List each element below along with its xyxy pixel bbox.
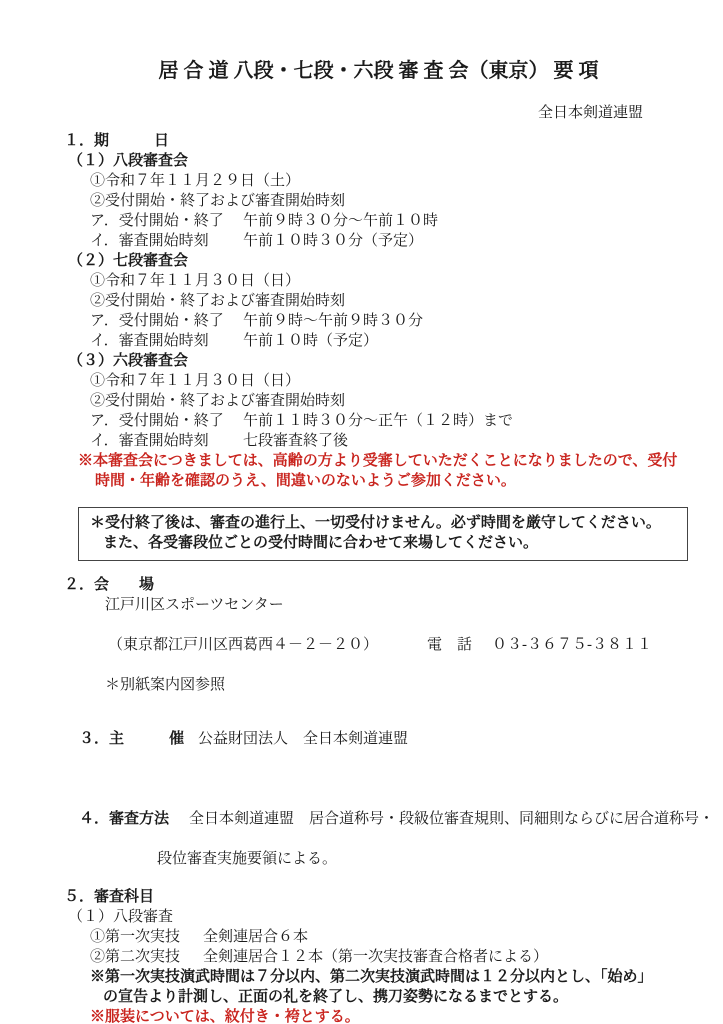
notice-box-line1: ＊受付終了後は、審査の進行上、一切受付けません。必ず時間を厳守してください。 [90,513,679,533]
section1-group2-date: ①令和７年１１月３０日（日） [90,271,693,291]
notice-box: ＊受付終了後は、審査の進行上、一切受付けません。必ず時間を厳守してください。 ま… [78,507,688,561]
section1-heading: １．期 日 [64,131,693,151]
section1-group3-subheading: ②受付開始・終了および審査開始時刻 [90,391,693,411]
row-label: ア．受付開始・終了 [90,311,243,331]
tel-number: ０３-３６７５-３８１１ [492,637,652,653]
row-value: 全剣連居合１２本（第一次実技審査合格者による） [203,947,548,967]
section2-heading: ２．会 場 [64,575,693,595]
row-label: イ．審査開始時刻 [90,331,243,351]
section1-group3-date: ①令和７年１１月３０日（日） [90,371,693,391]
section5-sub-label: （１）八段審査 [68,907,693,927]
section1-red-note-line2: 時間・年齢を確認のうえ、間違いのないようご参加ください。 [95,471,693,491]
venue-name: 江戸川区スポーツセンター [105,595,693,615]
section3-heading: ３．主 催 [79,731,184,747]
section1-group1-date: ①令和７年１１月２９日（土） [90,171,693,191]
section4-text-line1: 全日本剣道連盟 居合道称号・段級位審査規則、同細則ならびに居合道称号・ [189,811,714,827]
venue-address-row: （東京都江戸川区西葛西４－２－２０）電 話０３-３６７５-３８１１ [93,615,693,675]
section4-row: ４．審査方法全日本剣道連盟 居合道称号・段級位審査規則、同細則ならびに居合道称号… [64,789,693,849]
row-label: ア．受付開始・終了 [90,411,243,431]
section3-row: ３．主 催公益財団法人 全日本剣道連盟 [64,709,693,769]
organization-name: 全日本剣道連盟 [64,103,643,123]
section5-row1: ①第一次実技全剣連居合６本 [90,927,693,947]
section1-group2-label: （２）七段審査会 [68,251,693,271]
section5-note-line2: の宣告より計測し、正面の礼を終了し、携刀姿勢になるまでとする。 [103,987,693,1007]
row-label: ②第二次実技 [90,947,203,967]
venue-address: （東京都江戸川区西葛西４－２－２０） [108,637,378,653]
notice-box-line2: また、各受審段位ごとの受付時間に合わせて来場してください。 [103,533,679,553]
section5-note-line1: ※第一次実技演武時間は７分以内、第二次実技演武時間は１２分以内とし、「始め」 [90,967,693,987]
section4-heading: ４．審査方法 [79,811,169,827]
section4-text-line2: 段位審査実施要領による。 [157,849,693,869]
section1-group3-label: （３）六段審査会 [68,351,693,371]
section1-group2-subheading: ②受付開始・終了および審査開始時刻 [90,291,693,311]
section1-group1-label: （１）八段審査会 [68,151,693,171]
section5-red-note: ※服装については、紋付き・袴とする。 [90,1007,693,1024]
section1-group2-row-b: イ．審査開始時刻午前１０時（予定） [90,331,693,351]
section1-group1-row-b: イ．審査開始時刻午前１０時３０分（予定） [90,231,693,251]
row-value: 全剣連居合６本 [203,927,308,947]
section1-group1-subheading: ②受付開始・終了および審査開始時刻 [90,191,693,211]
section5-heading: ５．審査科目 [64,887,693,907]
section1-group3-row-a: ア．受付開始・終了午前１１時３０分～正午（１２時）まで [90,411,693,431]
document-page: 居 合 道 八段・七段・六段 審 査 会（東京） 要 項 全日本剣道連盟 １．期… [0,0,723,1024]
row-value: 午前１０時３０分（予定） [243,231,423,251]
section3-value: 公益財団法人 全日本剣道連盟 [198,731,408,747]
row-value: 午前９時３０分～午前１０時 [243,211,438,231]
page-title: 居 合 道 八段・七段・六段 審 査 会（東京） 要 項 [64,58,693,84]
tel-label: 電 話 [427,637,472,653]
section1-group1-row-a: ア．受付開始・終了午前９時３０分～午前１０時 [90,211,693,231]
section5-row2: ②第二次実技全剣連居合１２本（第一次実技審査合格者による） [90,947,693,967]
row-value: 午前１１時３０分～正午（１２時）まで [243,411,513,431]
row-value: 午前１０時（予定） [243,331,378,351]
row-label: ア．受付開始・終了 [90,211,243,231]
section1-red-note-line1: ※本審査会につきましては、高齢の方より受審していただくことになりましたので、受付 [78,451,693,471]
section1-group3-row-b: イ．審査開始時刻七段審査終了後 [90,431,693,451]
row-label: イ．審査開始時刻 [90,231,243,251]
row-value: 午前９時～午前９時３０分 [243,311,423,331]
row-label: イ．審査開始時刻 [90,431,243,451]
row-label: ①第一次実技 [90,927,203,947]
row-value: 七段審査終了後 [243,431,348,451]
map-note: ＊別紙案内図参照 [105,675,693,695]
section1-group2-row-a: ア．受付開始・終了午前９時～午前９時３０分 [90,311,693,331]
